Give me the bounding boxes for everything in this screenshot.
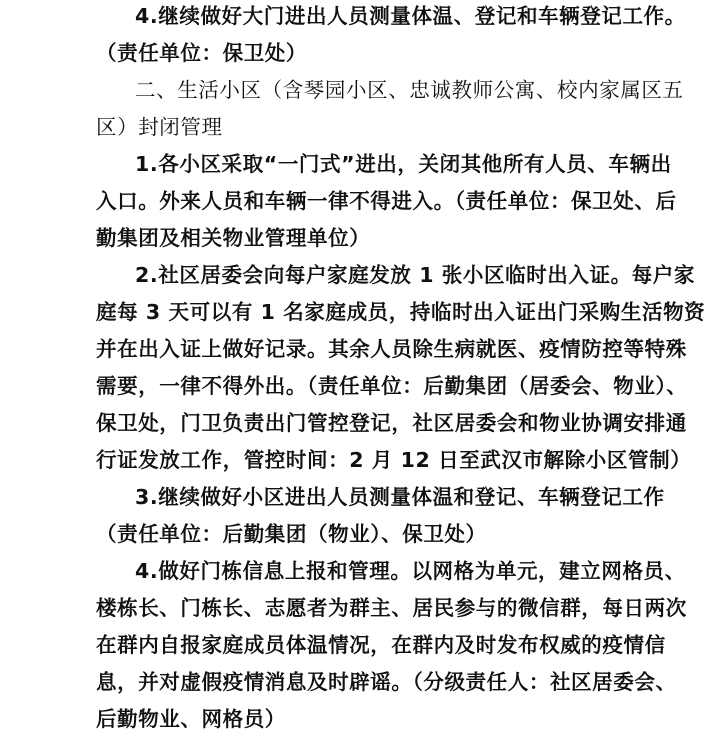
- item-3-line-2: （责任单位：后勤集团（物业）、保卫处）: [96, 522, 636, 546]
- item-1-single-gate: 1.各小区采取“一门式”进出，关闭其他所有人员、车辆出: [135, 152, 675, 176]
- item-2-line-5: 保卫处，门卫负责出门管控登记，社区居委会和物业协调安排通: [96, 411, 636, 435]
- item-3-community-temperature: 3.继续做好小区进出人员测量体温和登记、车辆登记工作: [135, 485, 675, 509]
- document-page: 4.继续做好大门进出人员测量体温、登记和车辆登记工作。 （责任单位：保卫处） 二…: [0, 0, 712, 735]
- item-2-line-3: 并在出入证上做好记录。其余人员除生病就医、疫情防控等特殊: [96, 337, 636, 361]
- item-1-line-2: 入口。外来人员和车辆一律不得进入。（责任单位：保卫处、后: [96, 189, 636, 213]
- item-4-line-2: 楼栋长、门栋长、志愿者为群主、居民参与的微信群，每日两次: [96, 596, 636, 620]
- item-2-line-4: 需要，一律不得外出。（责任单位：后勤集团（居委会、物业）、: [96, 374, 636, 398]
- item-4-line-4: 息，并对虚假疫情消息及时辟谣。（分级责任人：社区居委会、: [96, 670, 636, 694]
- item-2-pass: 2.社区居委会向每户家庭发放 1 张小区临时出入证。每户家: [135, 263, 675, 287]
- item-2-line-2: 庭每 3 天可以有 1 名家庭成员，持临时出入证出门采购生活物资: [96, 300, 636, 324]
- responsibility-security: （责任单位：保卫处）: [96, 41, 636, 65]
- item-4-line-5: 后勤物业、网格员）: [96, 707, 636, 731]
- section-2-heading-cont: 区）封闭管理: [96, 115, 636, 139]
- item-4-building-info: 4.做好门栋信息上报和管理。以网格为单元，建立网格员、: [135, 559, 675, 583]
- item-4-gate-temperature: 4.继续做好大门进出人员测量体温、登记和车辆登记工作。: [135, 4, 675, 28]
- item-4-line-3: 在群内自报家庭成员体温情况，在群内及时发布权威的疫情信: [96, 633, 636, 657]
- item-1-line-3: 勤集团及相关物业管理单位）: [96, 226, 636, 250]
- section-2-heading: 二、生活小区（含琴园小区、忠诚教师公寓、校内家属区五: [135, 78, 675, 102]
- item-2-line-6: 行证发放工作，管控时间：2 月 12 日至武汉市解除小区管制）: [96, 448, 636, 472]
